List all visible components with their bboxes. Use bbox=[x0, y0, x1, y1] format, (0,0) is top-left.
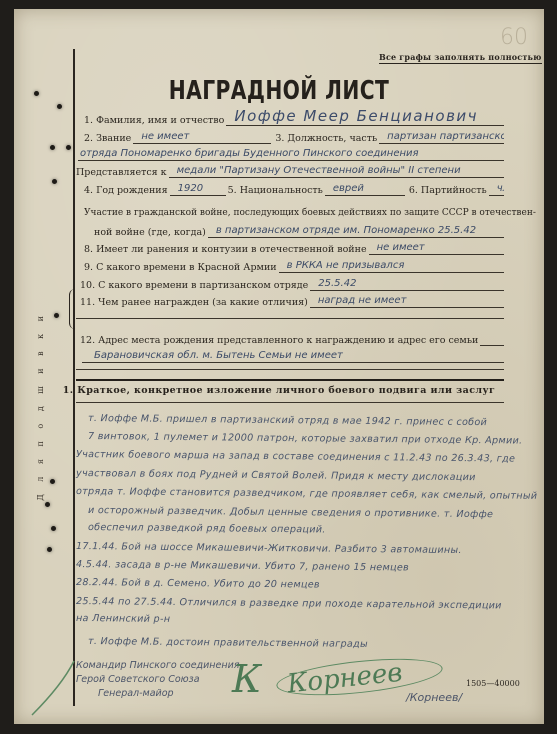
field-label: 6. Партийность bbox=[409, 185, 487, 196]
commander-rank: Герой Советского Союза bbox=[76, 674, 200, 685]
binding-hole bbox=[50, 145, 55, 150]
field-label: 10. С какого времени в партизанском отря… bbox=[80, 280, 308, 291]
narrative-line: 25.5.44 по 27.5.44. Отличился в разведке… bbox=[76, 596, 502, 611]
narrative-line: участвовал в боях под Рудней и Святой Во… bbox=[76, 468, 476, 483]
binding-hole bbox=[66, 145, 71, 150]
commander-title: Командир Пинского соединения bbox=[76, 660, 239, 671]
narrative-line: отряда т. Иоффе становится разведчиком, … bbox=[76, 486, 537, 502]
binding-hole bbox=[52, 179, 57, 184]
field-war-participation: ной войне (где, когда) в партизанском от… bbox=[94, 224, 504, 238]
field-address-label: 12. Адрес места рождения представленного… bbox=[80, 332, 504, 346]
narrative-line: Участник боевого марша на запад в состав… bbox=[76, 449, 515, 465]
award-sheet: Д л я п о д ш и в к и 60 Все графы запол… bbox=[14, 9, 544, 724]
divider bbox=[76, 402, 504, 403]
commander-name: /Корнеев/ bbox=[406, 691, 462, 704]
field-war-participation-label: Участие в гражданской войне, последующих… bbox=[84, 208, 504, 218]
binding-line bbox=[73, 49, 75, 706]
field-label: 11. Чем ранее награжден (за какие отличи… bbox=[80, 297, 308, 308]
signature-stroke bbox=[28, 659, 78, 719]
field-value: не имеет bbox=[133, 130, 271, 144]
field-value: медали "Партизану Отечественной войны" I… bbox=[169, 164, 504, 178]
field-value: еврей bbox=[325, 182, 405, 196]
field-value: наград не имеет bbox=[310, 294, 504, 308]
field-value: Иоффе Меер Бенцианович bbox=[226, 107, 504, 126]
field-label: 1. Фамилия, имя и отчество bbox=[84, 115, 224, 126]
narrative-line: обеспечил разведкой ряд боевых операций. bbox=[88, 522, 326, 535]
narrative-line: т. Иоффе М.Б. пришел в партизанский отря… bbox=[88, 413, 487, 428]
print-code: 1505—40000 bbox=[466, 679, 520, 688]
section-heading: 1. Краткое, конкретное изложение личного… bbox=[14, 385, 544, 396]
field-label: 2. Звание bbox=[84, 133, 131, 144]
document-title: НАГРАДНОЙ ЛИСТ bbox=[72, 76, 485, 106]
narrative-line: и осторожный разведчик. Добыл ценные све… bbox=[88, 505, 493, 520]
field-label: Представляется к bbox=[76, 167, 167, 178]
narrative-line: на Ленинский р-н bbox=[76, 613, 170, 625]
signature-initial: К bbox=[232, 657, 261, 701]
binding-hole bbox=[45, 502, 50, 507]
field-value: член ВЛКСМ bbox=[489, 182, 504, 196]
field-label: 12. Адрес места рождения представленного… bbox=[80, 335, 478, 346]
binding-hole bbox=[57, 104, 62, 109]
narrative-line: 7 винтовок, 1 пулемет и 12000 патрон, ко… bbox=[88, 431, 523, 447]
field-label: 9. С какого времени в Красной Армии bbox=[84, 262, 277, 273]
field-partisan-since: 10. С какого времени в партизанском отря… bbox=[80, 277, 504, 291]
field-label: Участие в гражданской войне, последующих… bbox=[84, 208, 536, 218]
field-label: 8. Имеет ли ранения и контузии в отечест… bbox=[84, 244, 367, 255]
binding-hole bbox=[54, 313, 59, 318]
bracket bbox=[69, 289, 76, 329]
divider bbox=[76, 369, 504, 370]
commander-grade: Генерал-майор bbox=[98, 688, 174, 699]
field-value: в РККА не призывался bbox=[279, 259, 504, 273]
field-label: 4. Год рождения bbox=[84, 185, 168, 196]
narrative-line: 28.2.44. Бой в д. Семено. Убито до 20 не… bbox=[76, 577, 320, 591]
field-birth-nationality-party: 4. Год рождения 1920 5. Национальность е… bbox=[84, 182, 504, 196]
narrative-line: 4.5.44. засада в р-не Микашевичи. Убито … bbox=[76, 559, 409, 573]
field-value: не имеет bbox=[369, 241, 504, 255]
narrative-line: 17.1.44. Бой на шоссе Микашевичи-Житкови… bbox=[76, 541, 462, 556]
field-full-name: 1. Фамилия, имя и отчество Иоффе Меер Бе… bbox=[84, 107, 504, 126]
field-presented-for: Представляется к медали "Партизану Отече… bbox=[76, 164, 504, 178]
field-position-continued: отряда Пономаренко бригады Буденного Пин… bbox=[76, 147, 504, 161]
field-value: 1920 bbox=[170, 182, 226, 196]
divider bbox=[76, 318, 504, 319]
binding-hole bbox=[47, 547, 52, 552]
binding-hole bbox=[51, 526, 56, 531]
field-value: отряда Пономаренко бригады Буденного Пин… bbox=[78, 147, 504, 161]
field-address: Барановичская обл. м. Бытень Семьи не им… bbox=[80, 349, 504, 363]
binding-hole bbox=[34, 91, 39, 96]
fill-instruction: Все графы заполнять полностью bbox=[379, 52, 542, 64]
field-wounds: 8. Имеет ли ранения и контузии в отечест… bbox=[84, 241, 504, 255]
field-value: Барановичская обл. м. Бытень Семьи не им… bbox=[82, 349, 504, 363]
field-value: 25.5.42 bbox=[310, 277, 504, 291]
field-value: в партизанском отряде им. Пономаренко 25… bbox=[208, 224, 504, 238]
narrative-line: т. Иоффе М.Б. достоин правительственной … bbox=[88, 636, 368, 650]
field-rank-position: 2. Звание не имеет 3. Должность, часть п… bbox=[84, 130, 504, 144]
margin-label: Д л я п о д ш и в к и bbox=[36, 311, 50, 501]
page-number: 60 bbox=[500, 25, 528, 50]
binding-hole bbox=[50, 479, 55, 484]
field-previous-awards: 11. Чем ранее награжден (за какие отличи… bbox=[80, 294, 504, 308]
field-red-army: 9. С какого времени в Красной Армии в РК… bbox=[84, 259, 504, 273]
field-value: партизан партизанского bbox=[379, 130, 504, 144]
divider-thick bbox=[76, 379, 504, 381]
field-label: 5. Национальность bbox=[228, 185, 323, 196]
field-label: 3. Должность, часть bbox=[275, 133, 377, 144]
field-label: ной войне (где, когда) bbox=[94, 227, 206, 238]
field-line bbox=[480, 332, 504, 346]
